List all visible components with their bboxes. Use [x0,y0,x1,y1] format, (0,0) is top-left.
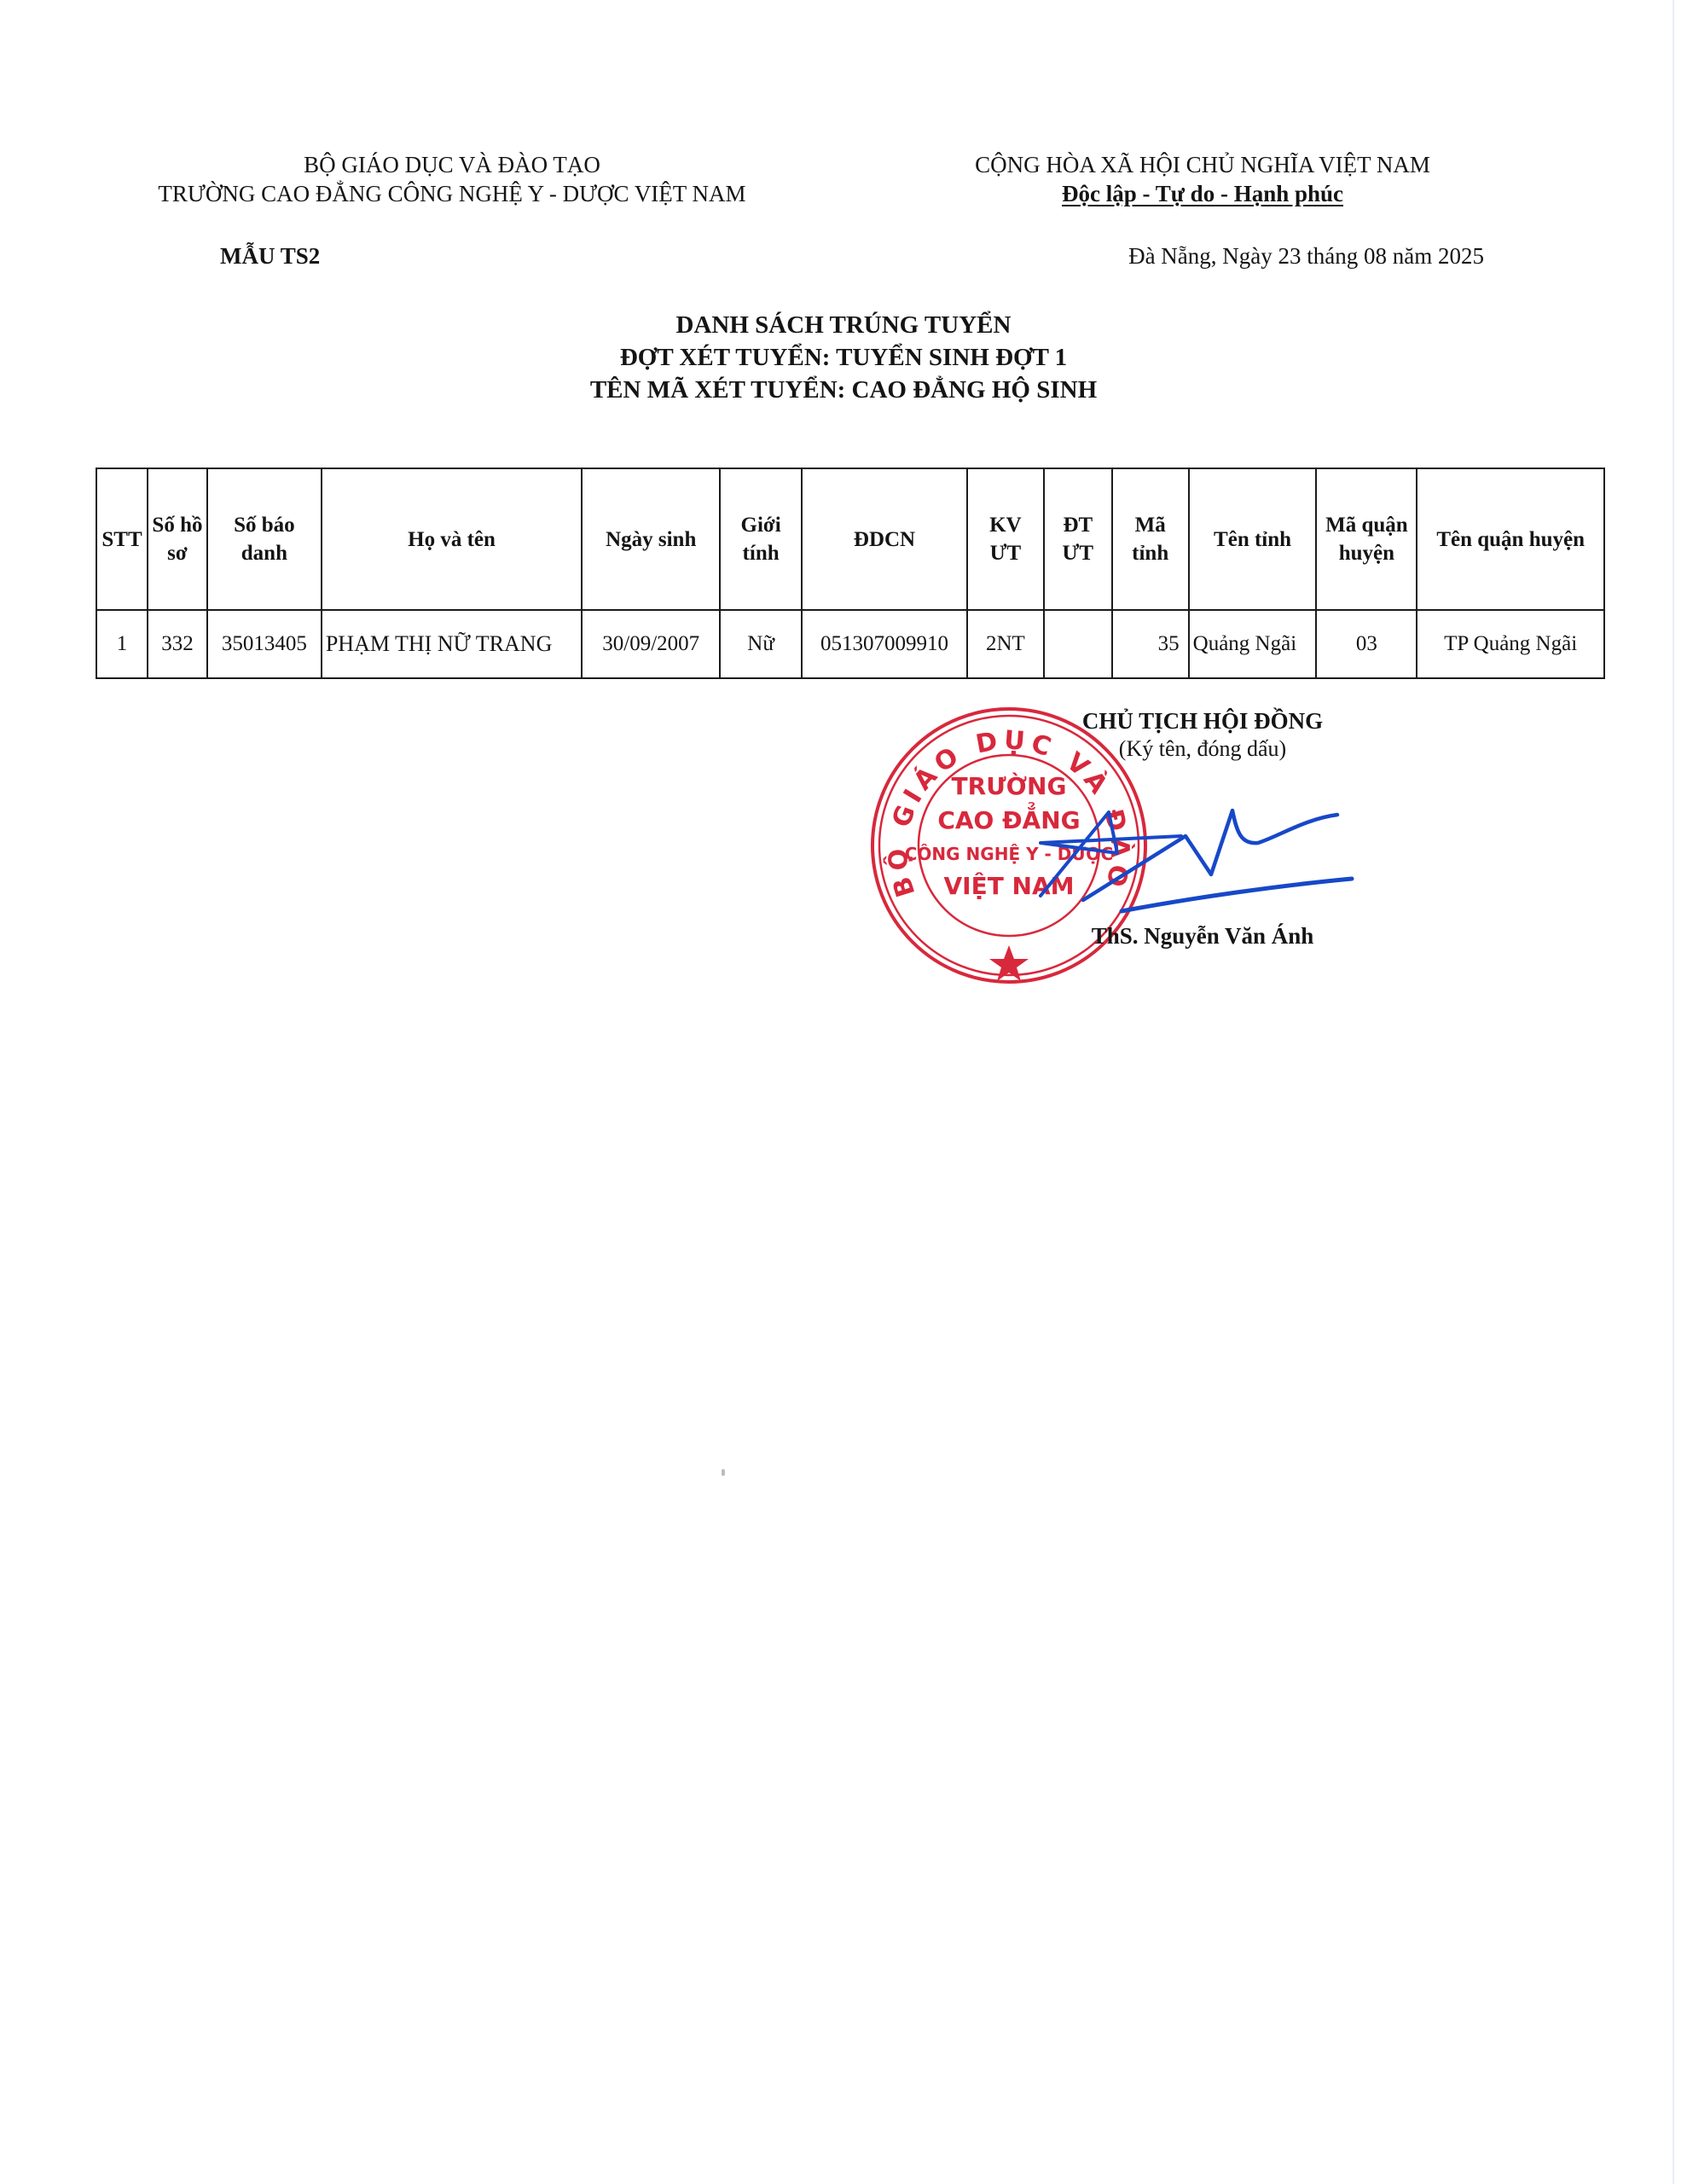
stamp-line-2: CAO ĐẲNG [937,800,1080,834]
col-header: Họ và tên [322,468,582,610]
national-header: CỘNG HÒA XÃ HỘI CHỦ NGHĨA VIỆT NAM Độc l… [904,150,1501,208]
col-header: ĐT ƯT [1044,468,1112,610]
cell-district-name: TP Quảng Ngãi [1417,610,1604,678]
title-line-1: DANH SÁCH TRÚNG TUYỂN [256,309,1431,341]
cell-birth-date: 30/09/2007 [582,610,720,678]
school-name: TRƯỜNG CAO ĐẲNG CÔNG NGHỆ Y - DƯỢC VIỆT … [102,179,802,208]
document-title: DANH SÁCH TRÚNG TUYỂN ĐỢT XÉT TUYỂN: TUY… [256,309,1431,406]
cell-priority-group [1044,610,1112,678]
place-date: Đà Nẵng, Ngày 23 tháng 08 năm 2025 [1023,243,1484,270]
col-header: Số hồ sơ [148,468,207,610]
cell-candidate-number: 35013405 [207,610,322,678]
col-header: Tên tỉnh [1189,468,1317,610]
col-header: Tên quận huyện [1417,468,1604,610]
signature-block: CHỦ TỊCH HỘI ĐỒNG (Ký tên, đóng dấu) [1006,706,1399,763]
col-header: ĐDCN [802,468,967,610]
issuer-header: BỘ GIÁO DỤC VÀ ĐÀO TẠO TRƯỜNG CAO ĐẲNG C… [102,150,802,208]
admission-table: STT Số hồ sơ Số báo danh Họ và tên Ngày … [96,468,1605,679]
stamp-line-4: VIỆT NAM [943,871,1074,900]
title-line-2: ĐỢT XÉT TUYỂN: TUYỂN SINH ĐỢT 1 [256,341,1431,374]
cell-province-name: Quảng Ngãi [1189,610,1317,678]
cell-province-code: 35 [1112,610,1189,678]
scan-speck [722,1469,725,1476]
cell-district-code: 03 [1316,610,1417,678]
col-header: STT [96,468,148,610]
form-code: MẪU TS2 [220,243,320,270]
signature-note: (Ký tên, đóng dấu) [1006,735,1399,763]
cell-gender: Nữ [720,610,802,678]
col-header: Mã quận huyện [1316,468,1417,610]
title-line-3: TÊN MÃ XÉT TUYỂN: CAO ĐẲNG HỘ SINH [256,374,1431,406]
col-header: Mã tỉnh [1112,468,1189,610]
cell-file-number: 332 [148,610,207,678]
signer-name: ThS. Nguyễn Văn Ánh [1006,923,1399,950]
national-motto: Độc lập - Tự do - Hạnh phúc [904,179,1501,208]
stamp-line-1: TRƯỜNG [952,771,1067,800]
col-header: Ngày sinh [582,468,720,610]
scan-edge [1673,0,1674,2184]
stamp-star-icon [989,945,1029,981]
table-row: 1 332 35013405 PHẠM THỊ NỮ TRANG 30/09/2… [96,610,1604,678]
cell-full-name: PHẠM THỊ NỮ TRANG [322,610,582,678]
ministry-name: BỘ GIÁO DỤC VÀ ĐÀO TẠO [102,150,802,179]
stamp-line-3: CÔNG NGHỆ Y - DƯỢC [905,844,1113,864]
cell-id-number: 051307009910 [802,610,967,678]
col-header: Số báo danh [207,468,322,610]
col-header: KV ƯT [967,468,1044,610]
col-header: Giới tính [720,468,802,610]
signer-role: CHỦ TỊCH HỘI ĐỒNG [1006,706,1399,735]
handwritten-signature-icon [1023,793,1365,930]
cell-stt: 1 [96,610,148,678]
country-name: CỘNG HÒA XÃ HỘI CHỦ NGHĨA VIỆT NAM [904,150,1501,179]
table-header-row: STT Số hồ sơ Số báo danh Họ và tên Ngày … [96,468,1604,610]
cell-priority-area: 2NT [967,610,1044,678]
